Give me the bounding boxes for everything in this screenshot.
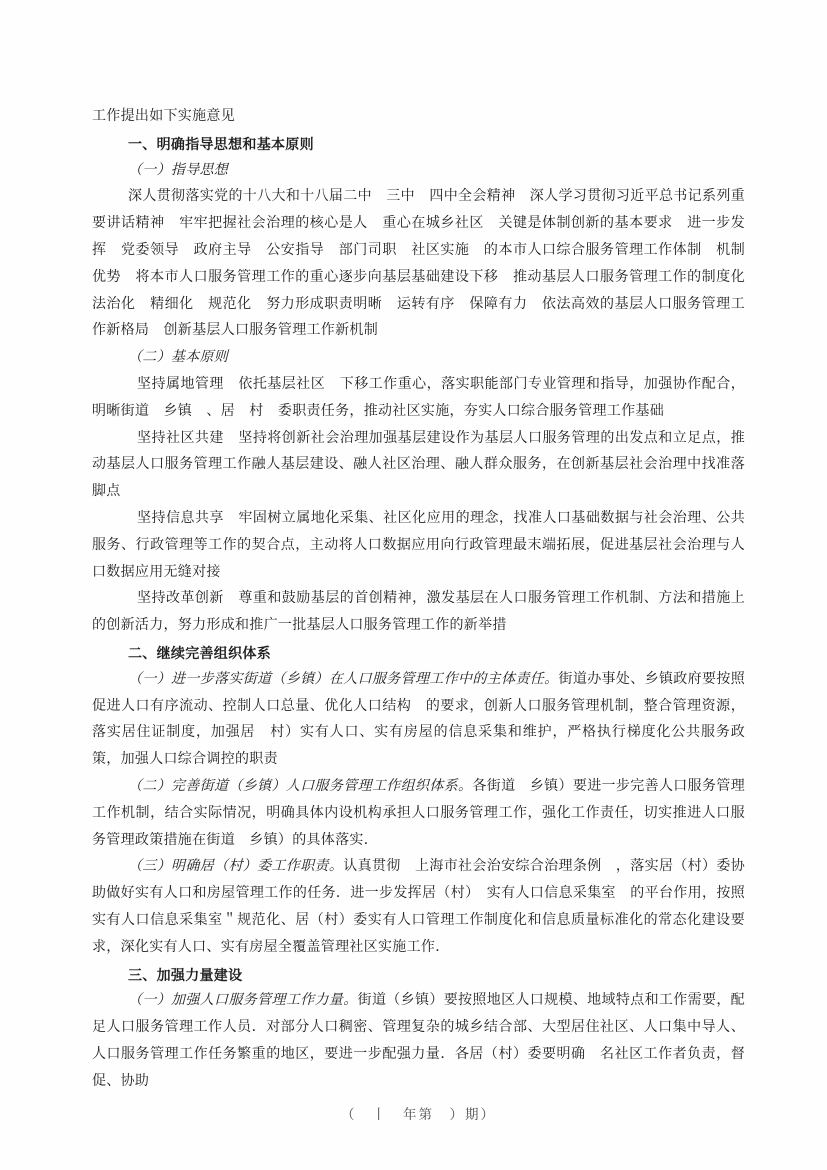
paragraph-principle-territorial: 坚持属地管理 依托基层社区 下移工作重心，落实职能部门专业管理和指导，加强协作配…	[92, 372, 745, 426]
paragraph-principle-information: 坚持信息共享 牢固树立属地化采集、社区化应用的理念，找准人口基础数据与社会治理、…	[92, 506, 745, 586]
body-text: 工作提出如下实施意见 一、明确指导思想和基本原则 （一）指导思想 深人贯彻落实党…	[92, 104, 745, 1129]
subsection-heading-guiding-thought: （一）指导思想	[92, 158, 745, 185]
paragraph-item-street-responsibility: （一）进一步落实街道（乡镇）在人口服务管理工作中的主体责任。街道办事处、乡镇政府…	[92, 667, 745, 774]
paragraph-guiding-thought-body: 深人贯彻落实党的十八大和十八届二中 三中 四中全会精神 深人学习贯彻习近平总书记…	[92, 184, 745, 345]
paragraph-item-workforce: （一）加强人口服务管理工作力量。街道（乡镇）要按照地区人口规模、地域特点和工作需…	[92, 988, 745, 1095]
paragraph-continuation: 工作提出如下实施意见	[92, 104, 745, 131]
item-heading: （二）完善街道（乡镇）人口服务管理工作组织体系。	[128, 779, 472, 794]
paragraph-principle-reform: 坚持改革创新 尊重和鼓励基层的首创精神，激发基层在人口服务管理工作机制、方法和措…	[92, 586, 745, 640]
page-footer: （ 丨 年第 ）期）	[92, 1102, 745, 1129]
section-heading-2: 二、继续完善组织体系	[92, 640, 745, 667]
item-heading: （一）进一步落实街道（乡镇）在人口服务管理工作中的主体责任。	[128, 672, 559, 687]
paragraph-item-org-system: （二）完善街道（乡镇）人口服务管理工作组织体系。各街道 乡镇）要进一步完善人口服…	[92, 774, 745, 854]
paragraph-principle-community: 坚持社区共建 坚持将创新社会治理加强基层建设作为基层人口服务管理的出发点和立足点…	[92, 426, 745, 506]
paragraph-item-committee-duty: （三）明确居（村）委工作职责。认真贯彻 上海市社会治安综合治理条例 ，落实居（村…	[92, 854, 745, 961]
item-heading: （一）加强人口服务管理工作力量。	[128, 993, 358, 1008]
document-page: 工作提出如下实施意见 一、明确指导思想和基本原则 （一）指导思想 深人贯彻落实党…	[0, 0, 827, 1170]
subsection-heading-basic-principles: （二）基本原则	[92, 345, 745, 372]
item-heading: （三）明确居（村）委工作职责。	[128, 859, 343, 874]
section-heading-3: 三、加强力量建设	[92, 962, 745, 989]
section-heading-1: 一、明确指导思想和基本原则	[92, 131, 745, 158]
